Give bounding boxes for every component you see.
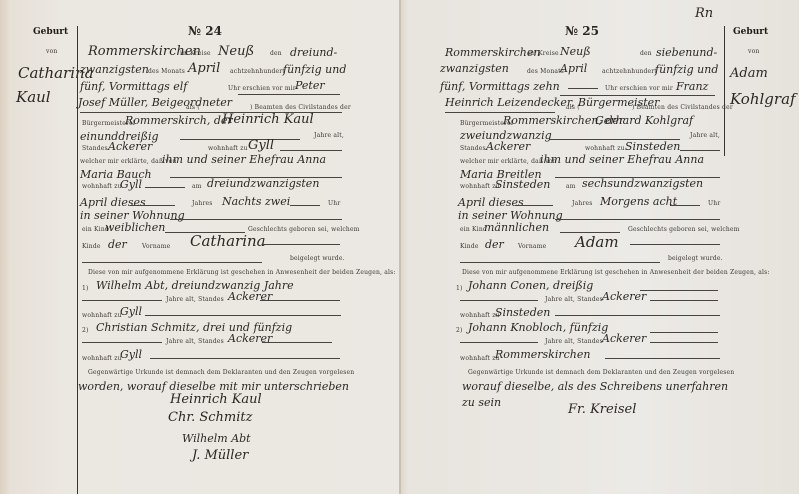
right-margin-lastname: Kohlgraf: [730, 90, 796, 108]
left-stand: Ackerer: [108, 140, 152, 153]
right-closing: Gegenwärtige Urkunde ist demnach dem Dek…: [468, 369, 734, 376]
right-year-cont: fünf, Vormittags zehn: [440, 80, 560, 93]
label-kinde: Kinde: [82, 243, 101, 250]
rule: [560, 95, 715, 96]
rule: [290, 205, 320, 206]
left-witness2-stand: Ackerer: [228, 332, 272, 345]
rule: [262, 342, 332, 343]
label-jh: achtzehnhundert: [602, 68, 657, 75]
rule: [150, 358, 340, 359]
right-corner-note: Rn: [695, 6, 713, 21]
right-gender: männlichen: [484, 221, 549, 234]
left-margin-lastname: Kaul: [16, 88, 51, 106]
label-uhr: Uhr: [328, 200, 340, 207]
right-witness2-stand: Ackerer: [602, 332, 646, 345]
right-day-cont: zwanzigsten: [440, 62, 509, 75]
label-beigelegt: beigelegt wurde.: [668, 255, 723, 262]
left-year: fünfzig und: [283, 63, 346, 76]
label-den: den: [270, 50, 282, 57]
label-jahre-standes: Jahre alt, Standes: [166, 338, 224, 345]
right-margin-firstname: Adam: [730, 66, 768, 81]
label-wohnhaft: wohnhaft zu: [460, 312, 500, 319]
right-officer: Franz: [676, 80, 708, 93]
rule: [568, 88, 598, 89]
left-witness2-wohnort: Gyll: [120, 348, 142, 361]
label-standes: Standes: [82, 145, 108, 152]
left-witness1-num: 1): [82, 285, 89, 292]
label-den: den: [640, 50, 652, 57]
label-kreis: im Kreise: [528, 50, 559, 57]
right-entry-number: № 25: [565, 24, 599, 38]
right-margin-rule: [724, 26, 725, 156]
label-uhr-erschien: Uhr erschien vor mir: [228, 85, 296, 92]
right-closing-hand: worauf dieselbe, als des Schreibens uner…: [462, 380, 728, 393]
right-day: siebenund-: [656, 46, 717, 59]
rule: [555, 315, 720, 316]
left-child-name: Catharina: [190, 232, 266, 250]
label-jahre-alt: Jahre alt,: [314, 132, 344, 139]
label-monat: des Monats: [527, 68, 564, 75]
left-gender: weiblichen: [105, 221, 165, 234]
rule: [445, 112, 555, 113]
label-wohnhaft: wohnhaft zu: [460, 355, 500, 362]
rule: [640, 290, 718, 291]
rule: [82, 300, 162, 301]
right-witness2-name: Johann Knobloch, fünfzig: [468, 321, 608, 334]
right-witness1-num: 1): [456, 285, 463, 292]
left-officer-cont: Josef Müller, Beigeordneter: [78, 96, 232, 109]
label-jh: achtzehnhundert: [230, 68, 285, 75]
rule: [130, 205, 175, 206]
label-wohnhaft: wohnhaft zu: [82, 183, 122, 190]
label-kreis: im Kreise: [180, 50, 211, 57]
label-standes: Standes: [460, 145, 486, 152]
left-year-cont: fünf, Vormittags elf: [80, 80, 187, 93]
right-officer-cont: Heinrich Leizendecker, Bürgermeister: [445, 96, 659, 109]
left-margin-von: von: [46, 48, 57, 55]
right-birth-time: Morgens acht: [600, 195, 677, 208]
left-wohnort: Gyll: [248, 138, 274, 153]
right-declarant: Gerhard Kohlgraf: [595, 114, 693, 127]
rule: [170, 219, 342, 220]
left-witness2-num: 2): [82, 327, 89, 334]
right-birth-month: April dieses: [458, 196, 524, 209]
left-closing: Gegenwärtige Urkunde ist demnach dem Dek…: [88, 369, 354, 376]
rule: [238, 94, 340, 95]
label-jahre-standes: Jahre alt, Standes: [166, 296, 224, 303]
rule: [650, 300, 718, 301]
rule: [145, 315, 341, 316]
left-der: der: [108, 238, 127, 251]
label-jahre-alt: Jahre alt,: [690, 132, 720, 139]
label-monat: des Monats: [148, 68, 185, 75]
right-wohnort: Sinsteden: [625, 140, 680, 153]
label-geschlecht: Geschlechts geboren sei, welchem: [628, 226, 740, 233]
rule: [650, 342, 718, 343]
right-year: fünfzig und: [655, 63, 718, 76]
label-am: am: [566, 183, 576, 190]
rule: [460, 262, 660, 263]
rule: [180, 139, 300, 140]
left-signature-4: J. Müller: [192, 448, 248, 463]
rule: [605, 358, 720, 359]
left-month: April: [188, 61, 220, 76]
label-jahre-standes: Jahre alt, Standes: [545, 338, 603, 345]
right-signature-1: Fr. Kreisel: [568, 402, 636, 417]
right-witness1-name: Johann Conen, dreißig: [468, 279, 593, 292]
rule: [82, 262, 262, 263]
left-witness-intro: Diese von mir aufgenommene Erklärung ist…: [88, 269, 396, 276]
label-als: als (: [186, 104, 200, 111]
label-wohnhaft: wohnhaft zu: [82, 355, 122, 362]
label-uhr: Uhr: [708, 200, 720, 207]
left-birth-date: dreiundzwanzigsten: [207, 177, 319, 190]
right-margin-von: von: [748, 48, 759, 55]
rule: [262, 244, 340, 245]
label-wohnhaft: wohnhaft zu: [208, 145, 248, 152]
label-uhr-erschien: Uhr erschien vor mir: [605, 85, 673, 92]
rule: [670, 205, 700, 206]
left-officer: Peter: [295, 79, 325, 92]
right-witness1-stand: Ackerer: [602, 290, 646, 303]
left-birth-month: April dieses: [80, 196, 146, 209]
right-wohnort-mother: Sinsteden: [495, 178, 550, 191]
label-wohnhaft: wohnhaft zu: [82, 312, 122, 319]
right-birth-date: sechsundzwanzigsten: [582, 177, 703, 190]
label-beigelegt: beigelegt wurde.: [290, 255, 345, 262]
right-stand: Ackerer: [486, 140, 530, 153]
right-witness1-wohnort: Sinsteden: [495, 306, 550, 319]
rule: [515, 205, 553, 206]
left-signature-1: Heinrich Kaul: [170, 392, 262, 407]
label-beamter: ) Beamten des Civilstandes der: [632, 104, 733, 111]
left-margin-heading: Geburt: [33, 27, 68, 37]
rule: [460, 342, 538, 343]
left-day-cont: zwanzigsten: [80, 63, 149, 76]
left-signature-2: Chr. Schmitz: [168, 410, 253, 425]
right-child-name: Adam: [575, 233, 619, 251]
label-vorname: Vorname: [518, 243, 546, 250]
left-parents: ihm und seiner Ehefrau Anna: [162, 153, 326, 166]
left-entry-number: № 24: [188, 24, 222, 38]
rule: [630, 244, 720, 245]
rule: [145, 187, 185, 188]
rule: [650, 332, 718, 333]
label-beamter: ) Beamten des Civilstandes der: [250, 104, 351, 111]
label-wohnhaft: wohnhaft zu: [460, 183, 500, 190]
rule: [260, 300, 340, 301]
label-am: am: [192, 183, 202, 190]
left-birth-time: Nachts zwei: [222, 195, 290, 208]
left-kreis: Neuß: [218, 44, 254, 59]
label-jahre-standes: Jahre alt, Standes: [545, 296, 603, 303]
label-jahres: Jahres: [192, 200, 213, 207]
left-wohnort-mother: Gyll: [120, 178, 142, 191]
right-witness-intro: Diese von mir aufgenommene Erklärung ist…: [462, 269, 770, 276]
book-fold: [399, 0, 401, 494]
rule: [280, 150, 342, 151]
right-closing-hand-2: zu sein: [462, 396, 501, 409]
label-jahres: Jahres: [572, 200, 593, 207]
right-margin-heading: Geburt: [733, 27, 768, 37]
left-witness1-stand: Ackerer: [228, 290, 272, 303]
left-declarant: Heinrich Kaul: [222, 112, 314, 127]
left-signature-3: Wilhelm Abt: [182, 432, 251, 445]
rule: [460, 300, 538, 301]
label-kind: ein Kind: [460, 226, 487, 233]
left-witness1-wohnort: Gyll: [120, 305, 142, 318]
rule: [555, 219, 720, 220]
label-als: als (: [566, 104, 580, 111]
right-witness2-num: 2): [456, 327, 463, 334]
left-day: dreiund-: [290, 46, 337, 59]
right-kreis: Neuß: [560, 45, 591, 58]
label-wohnhaft: wohnhaft zu: [585, 145, 625, 152]
right-der: der: [485, 238, 504, 251]
right-month: April: [560, 62, 587, 75]
label-kinde: Kinde: [460, 243, 479, 250]
right-parents: ihm und seiner Ehefrau Anna: [540, 153, 704, 166]
rule: [82, 342, 162, 343]
label-vorname: Vorname: [142, 243, 170, 250]
left-bgm: Rommerskirch, der: [125, 114, 233, 127]
right-place: Rommerskirchen: [445, 46, 540, 59]
rule: [680, 150, 720, 151]
right-witness2-wohnort: Rommerskirchen: [495, 348, 590, 361]
